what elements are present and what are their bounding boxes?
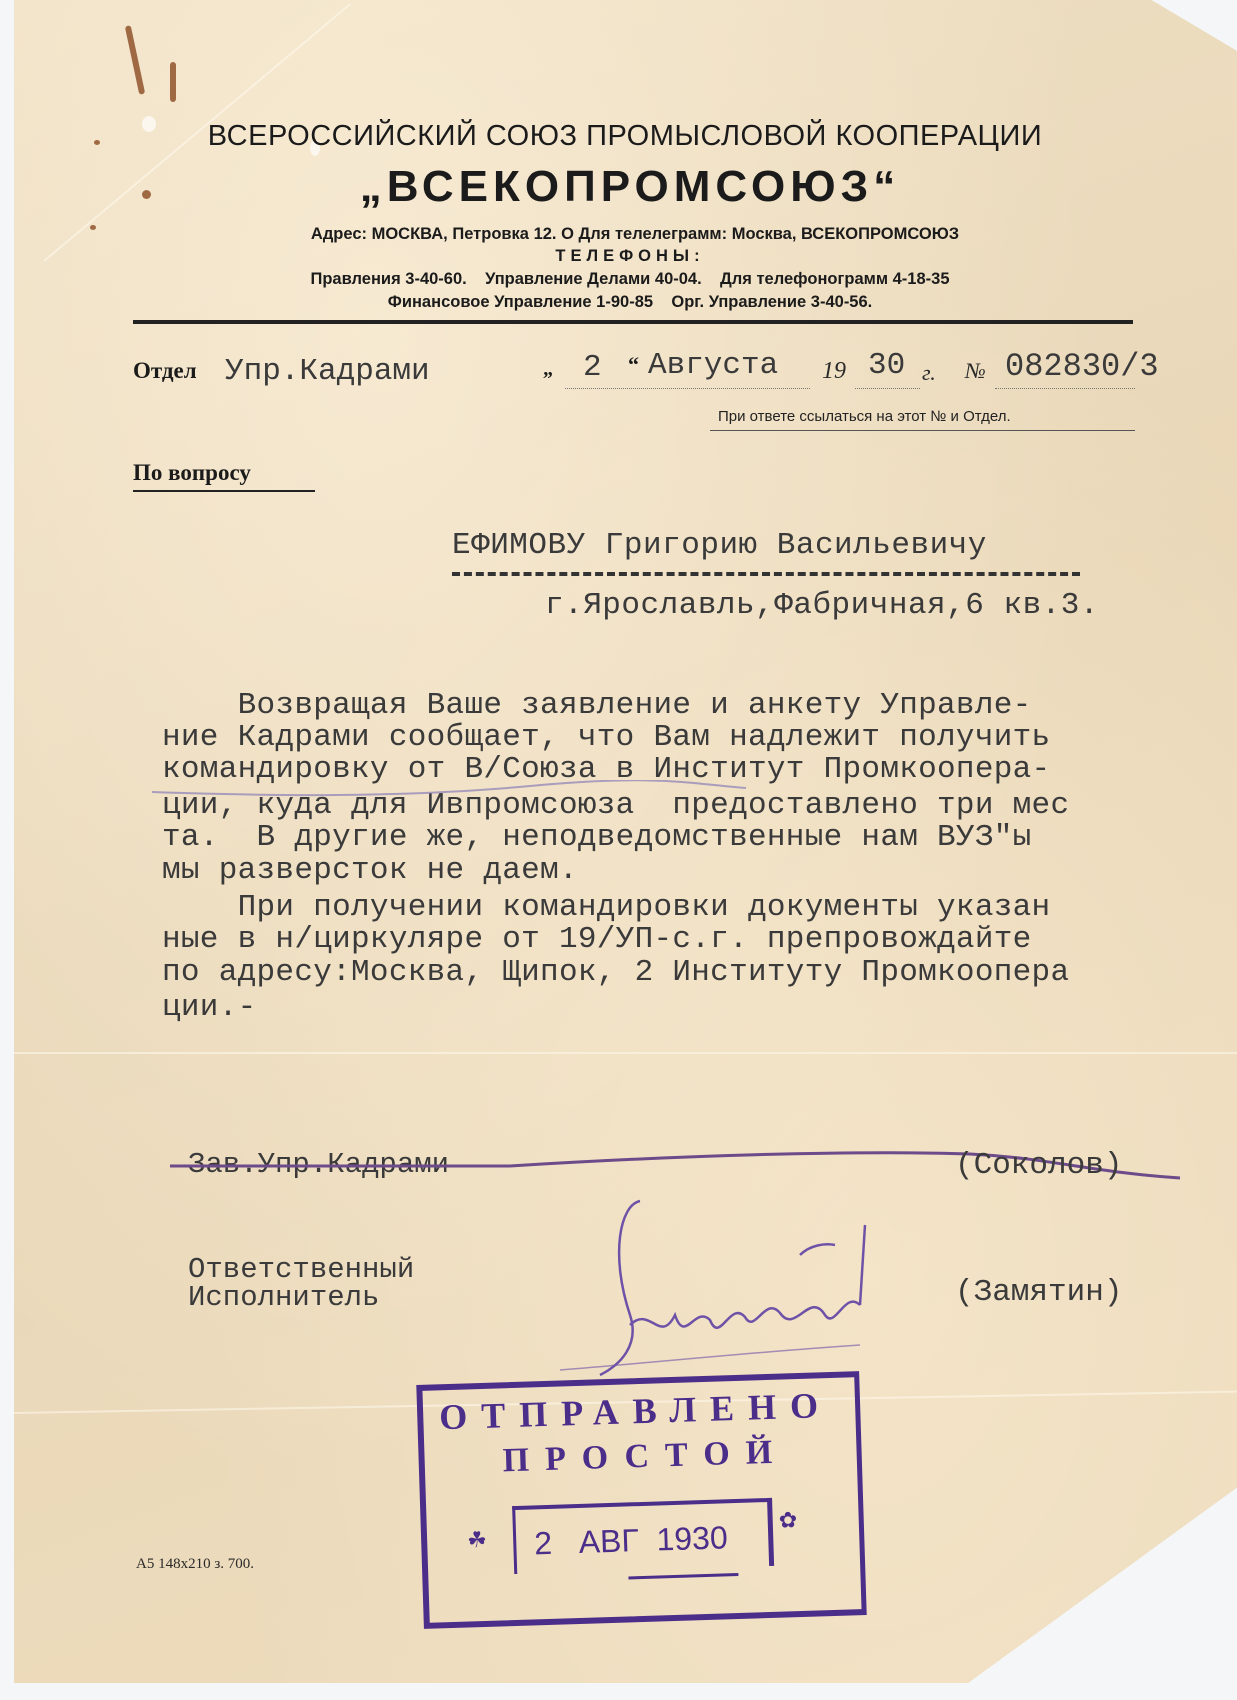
head-name: (Соколов) <box>955 1148 1122 1183</box>
letterhead-organization: ВСЕРОССИЙСКИЙ СОЮЗ ПРОМЫСЛОВОЙ КООПЕРАЦИ… <box>120 120 1130 153</box>
rust-stain <box>170 62 176 102</box>
paper-crease <box>14 1052 1237 1054</box>
stamp-line: ПРОСТОЙ <box>502 1433 789 1480</box>
body-line: Возвращая Ваше заявление и анкету Управл… <box>162 688 1032 723</box>
reply-note-rule <box>710 430 1135 431</box>
date-year: 30 <box>868 348 905 383</box>
body-line: та. В другие же, неподведомственные нам … <box>162 820 1032 855</box>
responsible-name: (Замятин) <box>955 1275 1122 1310</box>
recipient-underline <box>452 572 1080 576</box>
date-month: Августа <box>648 348 778 383</box>
responsible-title-line: Исполнитель <box>188 1284 414 1312</box>
date-suffix: г. <box>922 360 936 386</box>
letterhead-phones-line: Правления 3-40-60. Управление Делами 40-… <box>170 270 1090 289</box>
handwritten-signature <box>560 1195 920 1385</box>
number-sign: № <box>965 358 986 384</box>
stamp-ornament-icon: ☘ <box>467 1527 488 1554</box>
recipient-name: ЕФИМОВУ Григорию Васильевичу <box>452 528 987 563</box>
dispatch-stamp: ОТПРАВЛЕНО ПРОСТОЙ ☘ 2 АВГ 1930 ✿ <box>416 1371 866 1629</box>
recipient-address: г.Ярославль,Фабричная,6 кв.3. <box>545 588 1099 623</box>
rust-stain <box>142 190 151 199</box>
letterhead-divider <box>133 320 1133 324</box>
responsible-title: Ответственный Исполнитель <box>188 1256 414 1312</box>
department-label: Отдел <box>133 358 197 384</box>
stamp-rule <box>628 1573 738 1579</box>
pencil-underline <box>150 780 750 800</box>
body-line: по адресу:Москва, Щипок, 2 Институту Про… <box>162 955 1069 990</box>
rust-stain <box>125 25 145 95</box>
date-century: 19 <box>822 358 846 385</box>
letterhead-brand: „ВСЕКОПРОМСОЮЗ“ <box>280 162 980 212</box>
date-day: 2 <box>583 350 602 385</box>
subject-underline <box>133 490 315 492</box>
body-line: ные в н/циркуляре от 19/УП-с.г. препрово… <box>162 922 1032 957</box>
date-open-quote: „ <box>543 358 553 381</box>
date-dotted-line <box>565 388 810 389</box>
body-line: При получении командировки документы ука… <box>162 890 1050 925</box>
stamp-date-box: 2 АВГ 1930 <box>512 1498 774 1574</box>
reply-reference-note: При ответе ссылаться на этот № и Отдел. <box>718 408 1011 425</box>
responsible-title-line: Ответственный <box>188 1256 414 1284</box>
print-info: А5 148х210 з. 700. <box>136 1556 254 1573</box>
department-value: Упр.Кадрами <box>225 354 430 389</box>
letterhead-phones-title: ТЕЛЕФОНЫ: <box>430 247 830 266</box>
rust-stain <box>90 225 96 230</box>
letterhead-phones-line: Финансовое Управление 1-90-85 Орг. Управ… <box>230 293 1030 312</box>
year-dotted-line <box>855 388 920 389</box>
number-dotted-line <box>995 388 1135 389</box>
stamp-ornament-icon: ✿ <box>778 1507 797 1534</box>
body-line: мы разверсток не даем. <box>162 853 578 888</box>
subject-label: По вопросу <box>133 460 251 486</box>
document-number: 082830/3 <box>1005 348 1159 385</box>
date-close-quote: “ <box>628 352 639 378</box>
stamp-date: 2 АВГ 1930 <box>534 1519 729 1562</box>
body-line: ние Кадрами сообщает, что Вам надлежит п… <box>162 720 1050 755</box>
stamp-line: ОТПРАВЛЕНО <box>439 1384 833 1438</box>
letterhead-address: Адрес: МОСКВА, Петровка 12. О Для телеле… <box>150 225 1120 244</box>
body-line: ции.- <box>162 990 257 1025</box>
rust-stain <box>94 140 100 145</box>
